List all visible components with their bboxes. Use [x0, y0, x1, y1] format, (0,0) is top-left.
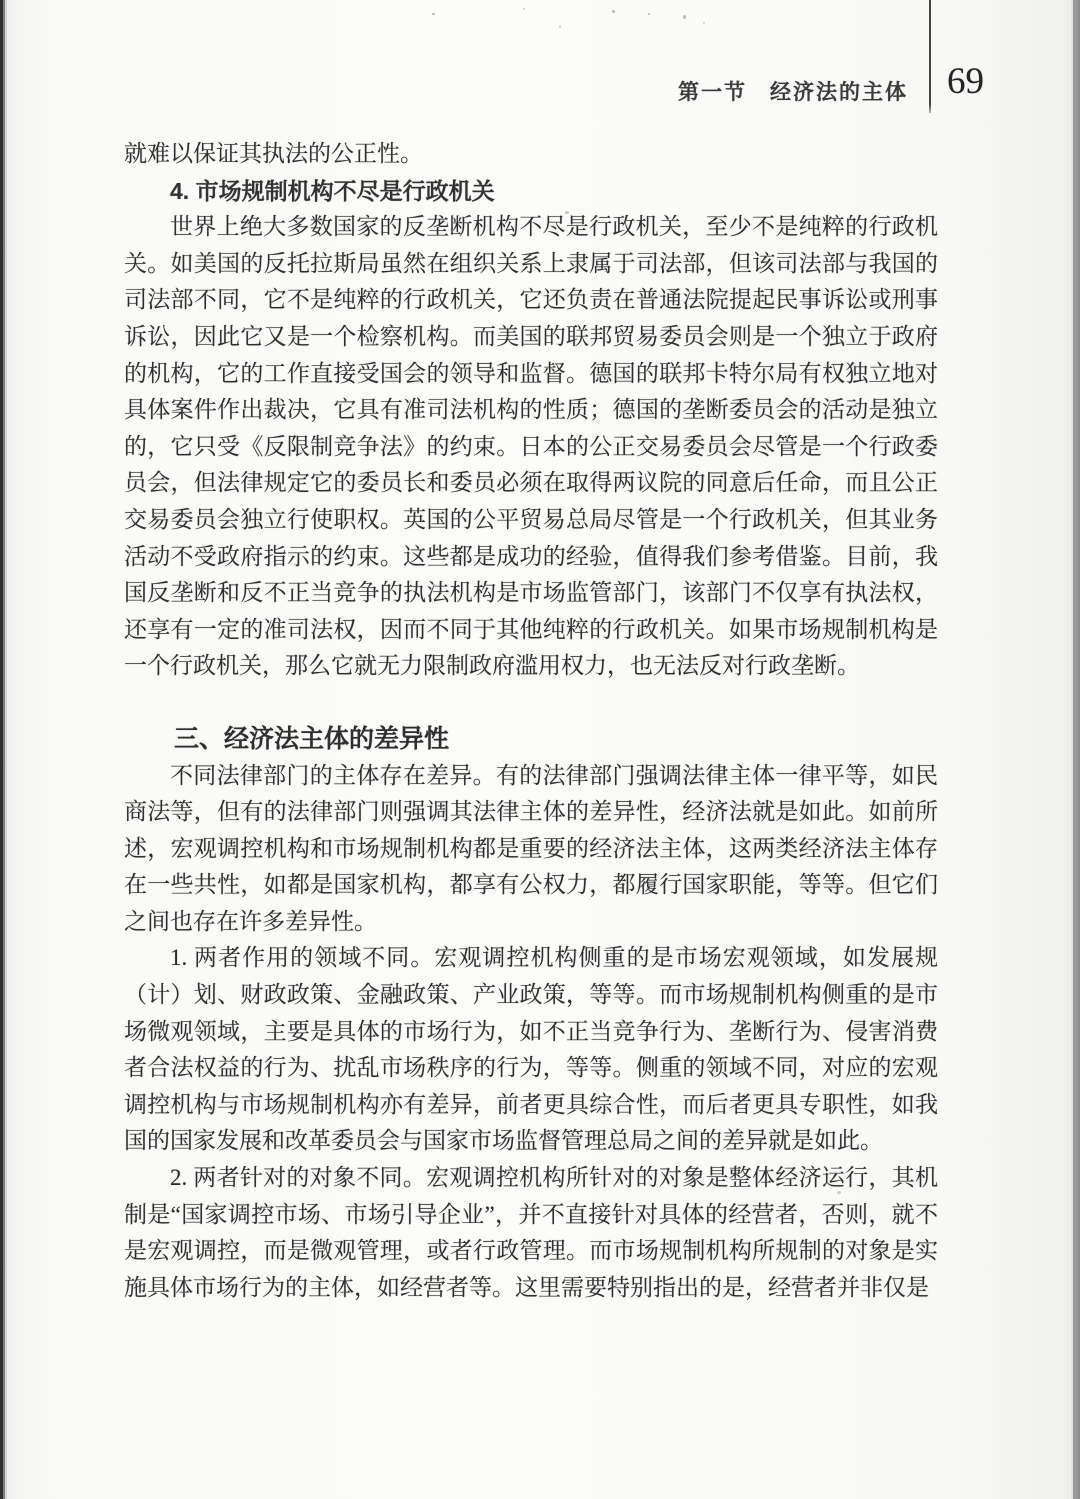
scan-edge-right	[1071, 0, 1080, 1499]
book-page-scan: 第一节 经济法的主体 69 就难以保证其执法的公正性。 4. 市场规制机构不尽是…	[0, 0, 1080, 1499]
page-body-text: 就难以保证其执法的公正性。 4. 市场规制机构不尽是行政机关 世界上绝大多数国家…	[124, 136, 938, 1306]
scan-speck	[648, 13, 650, 15]
paragraph-difference-intro: 不同法律部门的主体存在差异。有的法律部门强调法律主体一律平等，如民商法等，但有的…	[124, 758, 938, 941]
header-divider-line	[929, 0, 931, 113]
scan-speck	[837, 1191, 841, 1194]
paragraph-difference-item-1: 1. 两者作用的领域不同。宏观调控机构侧重的是市场宏观领域，如发展规（计）划、财…	[124, 940, 938, 1160]
paragraph-antimonopoly-agencies: 世界上绝大多数国家的反垄断机构不尽是行政机关，至少不是纯粹的行政机关。如美国的反…	[124, 209, 938, 685]
scan-speck	[432, 13, 435, 15]
paragraph-continuation: 就难以保证其执法的公正性。	[124, 136, 938, 173]
scan-edge-left	[0, 0, 7, 1499]
scan-speck	[523, 8, 525, 10]
page-number: 69	[947, 60, 984, 103]
scan-speck	[683, 15, 686, 19]
paragraph-difference-item-2: 2. 两者针对的对象不同。宏观调控机构所针对的对象是整体经济运行，其机制是“国家…	[124, 1160, 938, 1306]
section-heading-3: 三、经济法主体的差异性	[124, 721, 938, 758]
running-head-section-title: 第一节 经济法的主体	[678, 76, 908, 106]
scan-speck	[612, 10, 615, 13]
subheading-item-4: 4. 市场规制机构不尽是行政机关	[124, 173, 938, 210]
scan-speck	[703, 22, 705, 24]
scan-speck	[565, 211, 569, 214]
scan-speck	[559, 25, 561, 28]
